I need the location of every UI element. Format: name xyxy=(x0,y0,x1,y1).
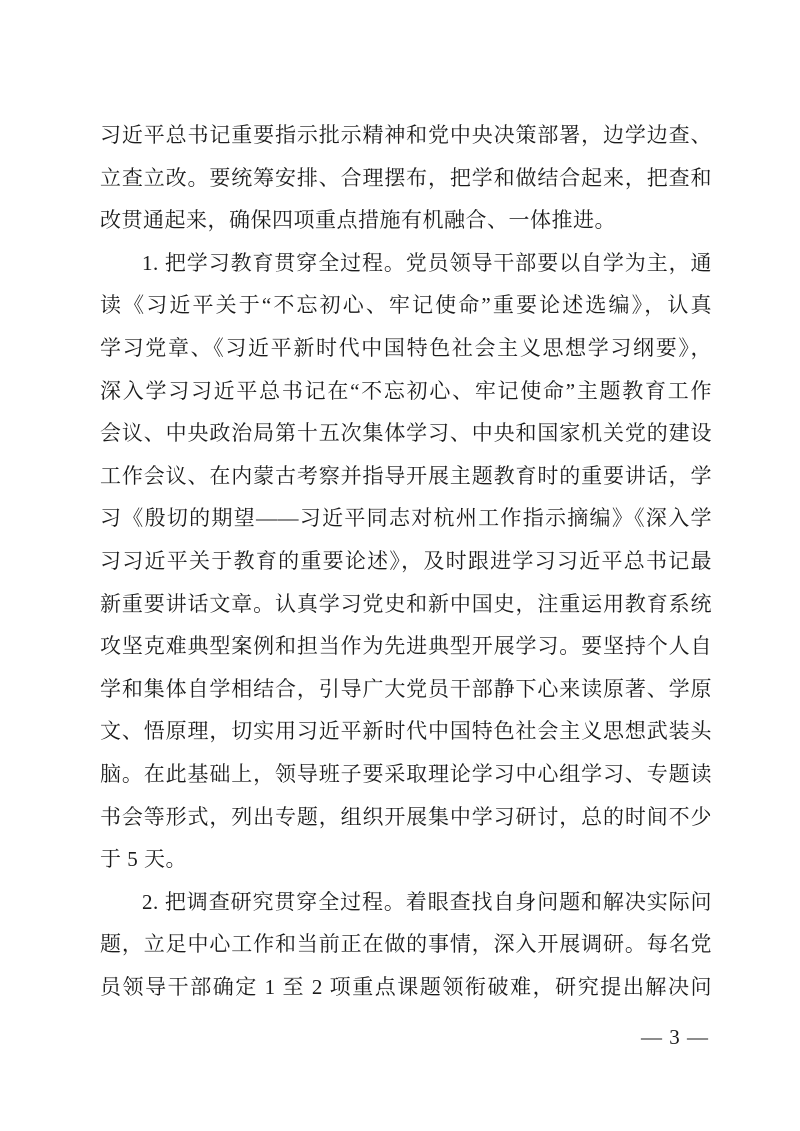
paragraph-item-2: 2. 把调查研究贯穿全过程。着眼查找自身问题和解决实际问 题，立足中心工作和当前… xyxy=(100,881,712,1009)
text-line: 员领导干部确定 1 至 2 项重点课题领衔破难，研究提出解决问题、 xyxy=(100,966,712,1009)
text-line: 习近平总书记重要指示批示精神和党中央决策部署，边学边查、 xyxy=(100,114,712,157)
document-body: 习近平总书记重要指示批示精神和党中央决策部署，边学边查、 立查立改。要统筹安排、… xyxy=(100,114,712,1008)
text-line: 文、悟原理，切实用习近平新时代中国特色社会主义思想武装头 xyxy=(100,710,712,753)
text-line: 学和集体自学相结合，引导广大党员干部静下心来读原著、学原 xyxy=(100,668,712,711)
text-line: 脑。在此基础上，领导班子要采取理论学习中心组学习、专题读 xyxy=(100,753,712,796)
paragraph-item-1: 1. 把学习教育贯穿全过程。党员领导干部要以自学为主，通 读《习近平关于“不忘初… xyxy=(100,242,712,881)
text-line: 攻坚克难典型案例和担当作为先进典型开展学习。要坚持个人自 xyxy=(100,625,712,668)
document-page: 习近平总书记重要指示批示精神和党中央决策部署，边学边查、 立查立改。要统筹安排、… xyxy=(0,0,800,1131)
paragraph-continuation: 习近平总书记重要指示批示精神和党中央决策部署，边学边查、 立查立改。要统筹安排、… xyxy=(100,114,712,242)
text-line: 1. 把学习教育贯穿全过程。党员领导干部要以自学为主，通 xyxy=(100,242,712,285)
text-line: 习《殷切的期望——习近平同志对杭州工作指示摘编》《深入学 xyxy=(100,497,712,540)
text-line: 深入学习习近平总书记在“不忘初心、牢记使命”主题教育工作 xyxy=(100,370,712,413)
text-line: 工作会议、在内蒙古考察并指导开展主题教育时的重要讲话，学 xyxy=(100,455,712,498)
text-line: 题，立足中心工作和当前正在做的事情，深入开展调研。每名党 xyxy=(100,923,712,966)
text-line: 新重要讲话文章。认真学习党史和新中国史，注重运用教育系统 xyxy=(100,583,712,626)
text-line: 会议、中央政治局第十五次集体学习、中央和国家机关党的建设 xyxy=(100,412,712,455)
text-line: 改贯通起来，确保四项重点措施有机融合、一体推进。 xyxy=(100,199,712,242)
text-line: 书会等形式，列出专题，组织开展集中学习研讨，总的时间不少 xyxy=(100,796,712,839)
text-line: 读《习近平关于“不忘初心、牢记使命”重要论述选编》，认真 xyxy=(100,284,712,327)
page-number: — 3 — xyxy=(641,1022,709,1052)
text-line: 于 5 天。 xyxy=(100,838,712,881)
text-line: 学习党章、《习近平新时代中国特色社会主义思想学习纲要》， xyxy=(100,327,712,370)
text-line: 立查立改。要统筹安排、合理摆布，把学和做结合起来，把查和 xyxy=(100,157,712,200)
text-line: 习习近平关于教育的重要论述》，及时跟进学习习近平总书记最 xyxy=(100,540,712,583)
text-line: 2. 把调查研究贯穿全过程。着眼查找自身问题和解决实际问 xyxy=(100,881,712,924)
